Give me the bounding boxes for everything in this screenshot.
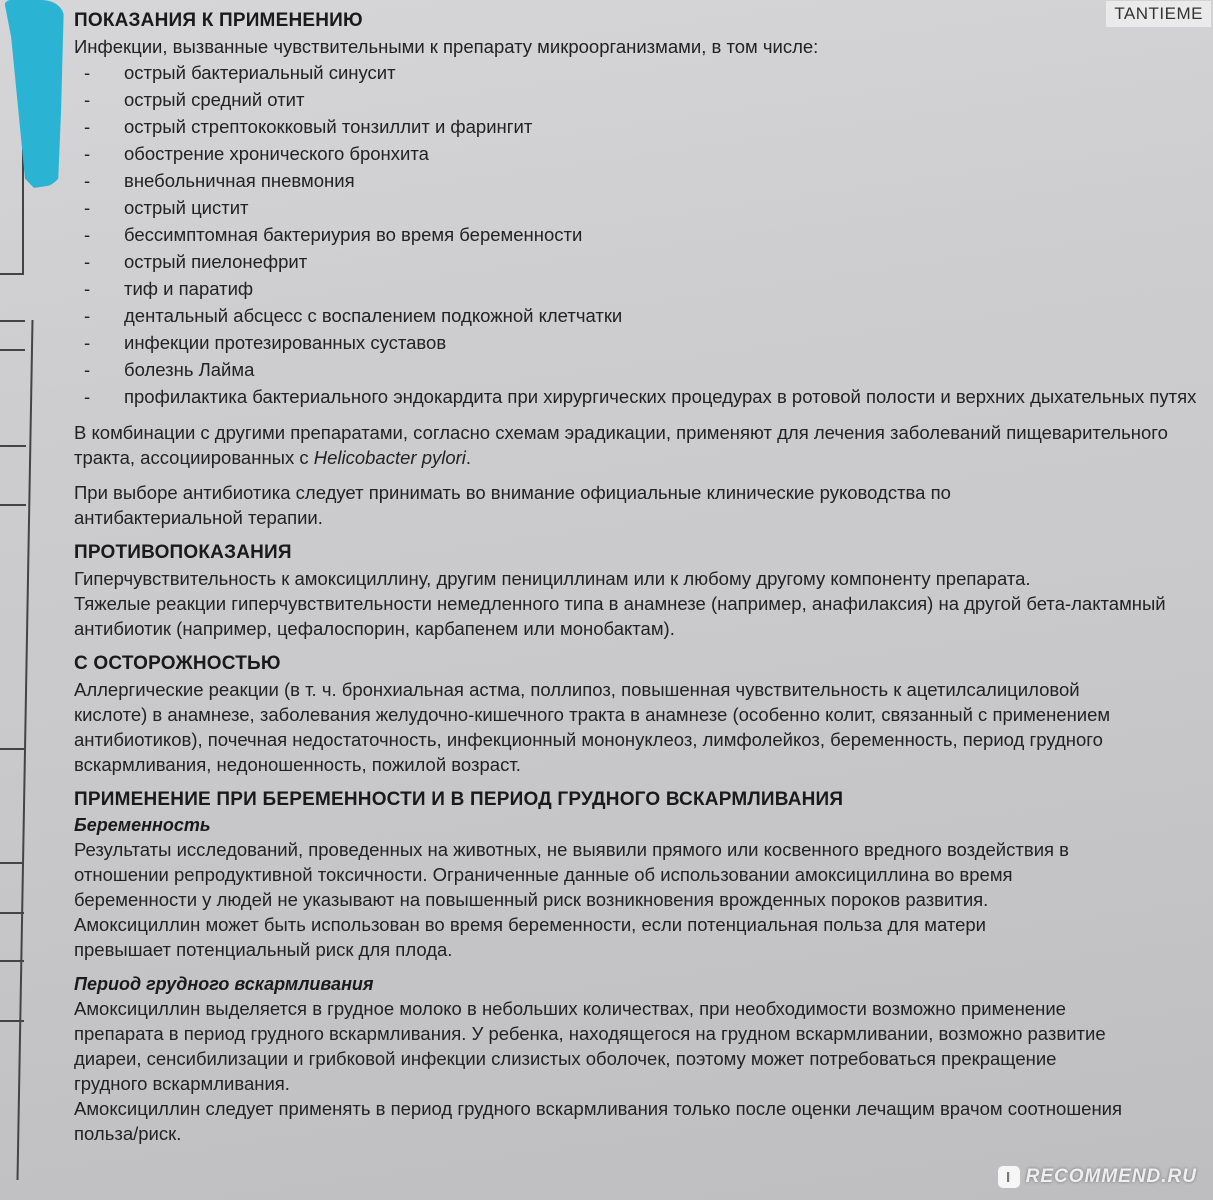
indication-item: острый пиелонефрит [74, 248, 1204, 275]
adjacent-table-rule [0, 748, 24, 750]
adjacent-table-rule [0, 349, 25, 351]
indication-item: острый цистит [74, 194, 1204, 221]
pregnancy-text: Результаты исследований, проведенных на … [74, 837, 1084, 962]
section-title: С ОСТОРОЖНОСТЬЮ [74, 651, 1204, 677]
contraindication-line: Гиперчувствительность к амоксициллину, д… [74, 566, 1204, 591]
indications-intro: Инфекции, вызванные чувствительными к пр… [74, 34, 1204, 59]
indication-item: внебольничная пневмония [74, 167, 1204, 194]
adjacent-table-rule [0, 445, 26, 447]
contraindications-section: ПРОТИВОПОКАЗАНИЯ Гиперчувствительность к… [74, 540, 1204, 641]
combination-end: . [466, 447, 471, 468]
lactation-text-2: Амоксициллин следует применять в период … [74, 1096, 1164, 1146]
adjacent-table-rule [0, 960, 24, 962]
leaflet-page: ПОКАЗАНИЯ К ПРИМЕНЕНИЮ Инфекции, вызванн… [74, 8, 1204, 1146]
indication-item: профилактика бактериального эндокардита … [74, 383, 1204, 410]
indication-item: обострение хронического бронхита [74, 140, 1204, 167]
indication-item: острый бактериальный синусит [74, 59, 1204, 86]
highlighter-mark [4, 0, 64, 188]
adjacent-table-rule [0, 912, 24, 914]
adjacent-table-rule [0, 504, 26, 506]
site-watermark-text: RECOMMEND.RU [1026, 1166, 1197, 1188]
pregnancy-section: ПРИМЕНЕНИЕ ПРИ БЕРЕМЕННОСТИ И В ПЕРИОД Г… [74, 787, 1204, 1146]
section-title: ПОКАЗАНИЯ К ПРИМЕНЕНИЮ [74, 8, 1204, 34]
guidelines-paragraph: При выборе антибиотика следует принимать… [74, 480, 1114, 530]
combination-text: В комбинации с другими препаратами, согл… [74, 422, 1168, 468]
indication-item: бессимптомная бактериурия во время берем… [74, 221, 1204, 248]
indication-item: тиф и паратиф [74, 275, 1204, 302]
indication-item: острый стрептококковый тонзиллит и фарин… [74, 113, 1204, 140]
indications-section: ПОКАЗАНИЯ К ПРИМЕНЕНИЮ Инфекции, вызванн… [74, 8, 1204, 530]
contraindication-line: Тяжелые реакции гиперчувствительности не… [74, 591, 1184, 641]
combination-paragraph: В комбинации с другими препаратами, согл… [74, 420, 1174, 470]
adjacent-table-rule [0, 1020, 24, 1022]
section-title: ПРОТИВОПОКАЗАНИЯ [74, 540, 1204, 566]
indication-item: дентальный абсцесс с воспалением подкожн… [74, 302, 1204, 329]
adjacent-table-border [16, 320, 33, 1180]
section-title: ПРИМЕНЕНИЕ ПРИ БЕРЕМЕННОСТИ И В ПЕРИОД Г… [74, 787, 1204, 813]
lactation-subtitle: Период грудного вскармливания [74, 972, 1204, 996]
caution-section: С ОСТОРОЖНОСТЬЮ Аллергические реакции (в… [74, 651, 1204, 777]
adjacent-table-rule [0, 273, 24, 275]
indication-item: острый средний отит [74, 86, 1204, 113]
adjacent-table-rule [0, 862, 24, 864]
lactation-text: Амоксициллин выделяется в грудное молоко… [74, 996, 1134, 1096]
indication-item: болезнь Лайма [74, 356, 1204, 383]
indication-item: инфекции протезированных суставов [74, 329, 1204, 356]
helicobacter-name: Helicobacter pylori [314, 447, 466, 468]
recommend-logo-icon: I [998, 1166, 1020, 1188]
pregnancy-subtitle: Беременность [74, 813, 1204, 837]
indications-list: острый бактериальный синуситострый средн… [74, 59, 1204, 410]
caution-text: Аллергические реакции (в т. ч. бронхиаль… [74, 677, 1144, 777]
adjacent-table-rule [0, 320, 25, 322]
site-watermark: I RECOMMEND.RU [998, 1166, 1197, 1188]
